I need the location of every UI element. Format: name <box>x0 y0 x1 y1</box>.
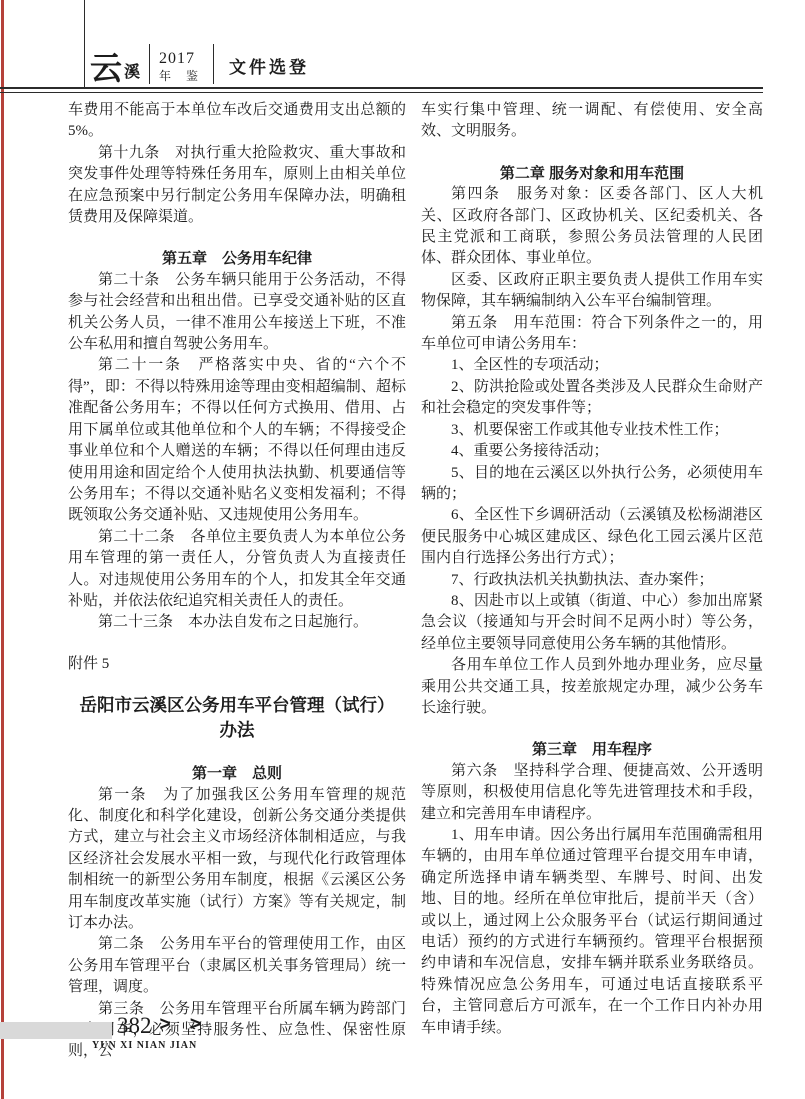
header-double-rule <box>0 87 763 93</box>
yearbook-page: 云 溪 2017 年 鉴 文件选登 车费用不能高于本单位车改后交通费用支出总额的… <box>0 0 805 1099</box>
paragraph: 各用车单位工作人员到外地办理业务，应尽量乘用公共交通工具，按差旅规定办理，减少公… <box>421 655 763 719</box>
chapter-heading: 第五章 公务用车纪律 <box>68 248 406 269</box>
yearbook-logo: 云 溪 2017 年 鉴 文件选登 <box>90 44 309 84</box>
paragraph: 2、防洪抢险或处置各类涉及人民群众生命财产和社会稳定的突发事件等； <box>421 377 763 420</box>
logo-year-block: 2017 年 鉴 <box>159 49 204 84</box>
paragraph: 1、用车申请。因公务出行属用车范围确需租用车辆的，由用车单位通过管理平台提交用车… <box>421 825 763 1039</box>
chapter-heading: 第二章 服务对象和用车范围 <box>421 163 763 184</box>
paragraph: 第二十条 公务车辆只能用于公务活动，不得参与社会经营和出租出借。已享受交通补贴的… <box>68 270 406 356</box>
paragraph: 第一条 为了加强我区公务用车管理的规范化、制度化和科学化建设，创新公务交通分类提… <box>68 785 406 935</box>
paragraph: 1、全区性的专项活动； <box>421 355 763 376</box>
paragraph: 第二十三条 本办法自发布之日起施行。 <box>68 612 406 633</box>
logo-divider <box>149 44 150 84</box>
paragraph: 7、行政执法机关执勤执法、查办案件； <box>421 570 763 591</box>
logo-year: 2017 <box>159 49 204 69</box>
paragraph: 区委、区政府正职主要负责人提供工作用车实物保障，其车辆编制纳入公车平台编制管理。 <box>421 270 763 313</box>
page-number: 382 <box>117 1012 152 1040</box>
paragraph: 第二条 公务用车平台的管理使用工作，由区公务用车管理平台（隶属区机关事务管理局）… <box>68 934 406 998</box>
paragraph: 3、机要保密工作或其他专业技术性工作； <box>421 420 763 441</box>
paragraph: 第二十二条 各单位主要负责人为本单位公务用车管理的第一责任人，分管负责人为直接责… <box>68 527 406 613</box>
left-column: 车费用不能高于本单位车改后交通费用支出总额的5%。第十九条 对执行重大抢险救灾、… <box>68 100 406 1063</box>
pager-arrows-icon: > > <box>160 1014 208 1037</box>
logo-main-char: 云 <box>90 52 122 84</box>
footer-page-number-row: 382 > > <box>117 1012 208 1040</box>
header-vertical-rule <box>84 0 85 88</box>
logo-year-label: 年 鉴 <box>159 69 204 84</box>
paragraph: 第二十一条 严格落实中央、省的“六个不得”，即：不得以特殊用途等理由变相超编制、… <box>68 355 406 526</box>
document-title: 岳阳市云溪区公务用车平台管理（试行）办法 <box>72 693 402 743</box>
logo-sub-char: 溪 <box>124 59 140 82</box>
paragraph: 5、目的地在云溪区以外执行公务，必须使用车辆的； <box>421 463 763 506</box>
chapter-heading: 第一章 总则 <box>68 763 406 784</box>
chapter-heading: 第三章 用车程序 <box>421 739 763 760</box>
footer-imprint: YUN XI NIAN JIAN <box>92 1040 197 1051</box>
paragraph: 第五条 用车范围：符合下列条件之一的，用车单位可申请公务用车： <box>421 313 763 356</box>
paragraph: 8、因赴市以上或镇（街道、中心）参加出席紧急会议（接通知与开会时间不足两小时）等… <box>421 591 763 655</box>
section-title: 文件选登 <box>229 53 309 78</box>
logo-divider <box>213 44 214 84</box>
paragraph: 4、重要公务接待活动； <box>421 441 763 462</box>
paragraph-continued: 车费用不能高于本单位车改后交通费用支出总额的5%。 <box>68 100 406 143</box>
paragraph: 第十九条 对执行重大抢险救灾、重大事故和突发事件处理等特殊任务用车，原则上由相关… <box>68 143 406 229</box>
right-column: 车实行集中管理、统一调配、有偿使用、安全高效、文明服务。第二章 服务对象和用车范… <box>421 100 763 1039</box>
paragraph: 第四条 服务对象：区委各部门、区人大机关、区政府各部门、区政协机关、区纪委机关、… <box>421 184 763 270</box>
paragraph-continued: 车实行集中管理、统一调配、有偿使用、安全高效、文明服务。 <box>421 100 763 143</box>
attachment-label: 附件 5 <box>68 654 406 675</box>
page-edge-accent-line <box>1 0 4 1099</box>
footer-page-bar <box>0 1022 112 1039</box>
paragraph: 第六条 坚持科学合理、便捷高效、公开透明等原则，积极使用信息化等先进管理技术和手… <box>421 761 763 825</box>
paragraph: 6、全区性下乡调研活动（云溪镇及松杨湖港区便民服务中心城区建成区、绿色化工园云溪… <box>421 505 763 569</box>
